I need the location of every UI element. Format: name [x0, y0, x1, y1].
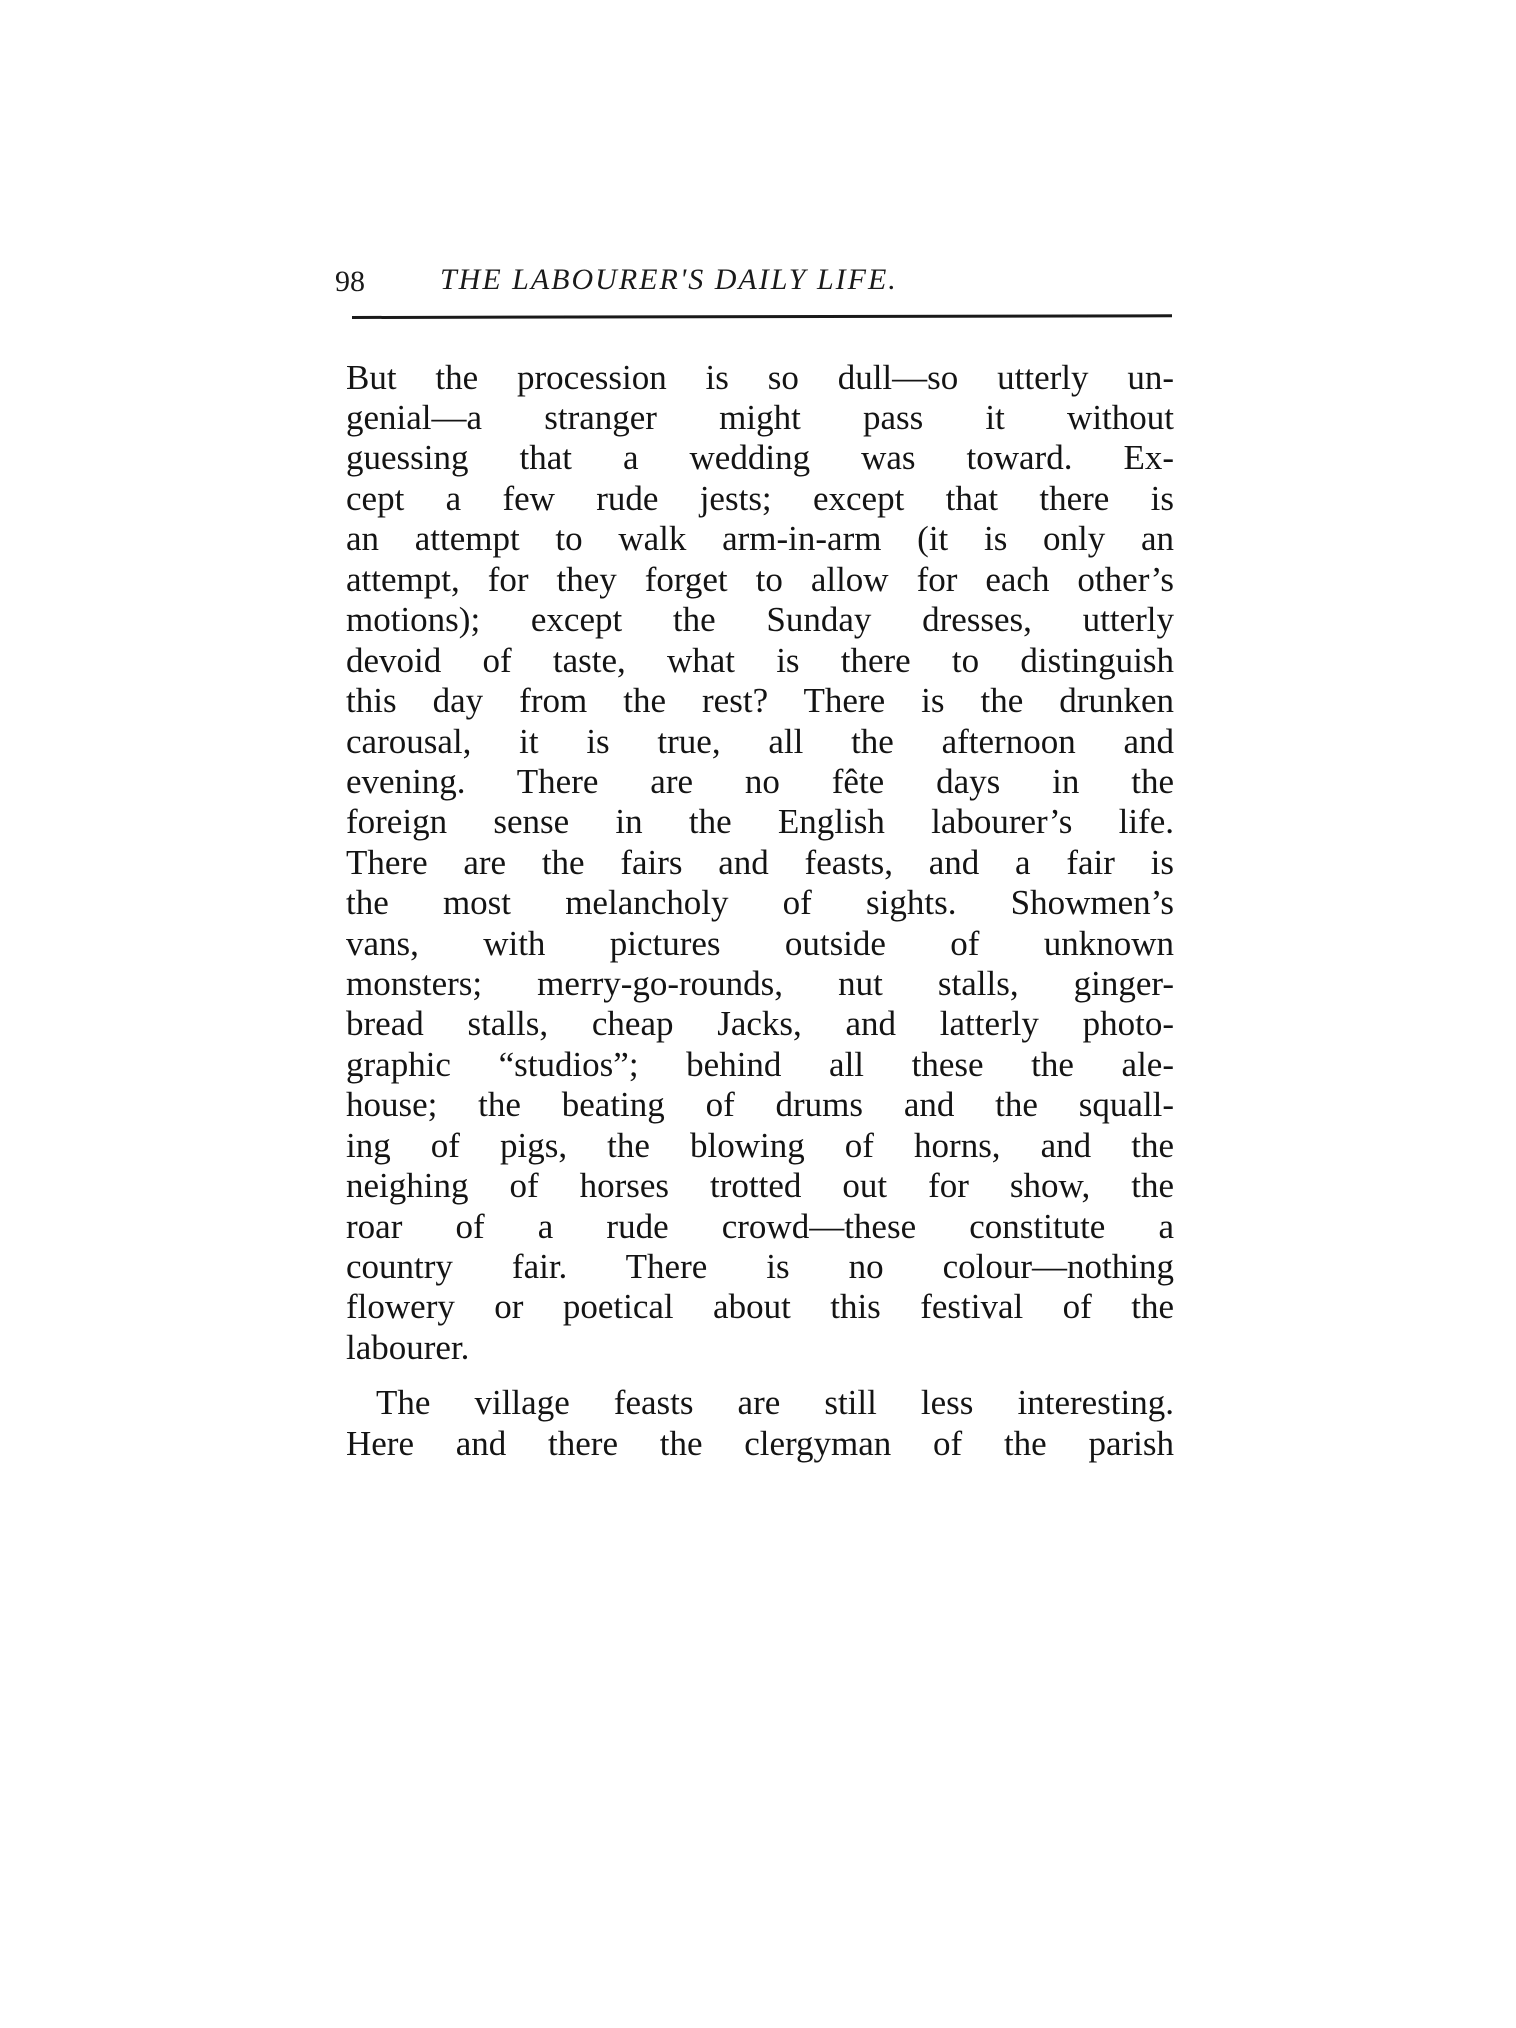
running-head: 98 THE LABOURER'S DAILY LIFE.	[335, 262, 1175, 302]
book-page: 98 THE LABOURER'S DAILY LIFE. But the pr…	[0, 0, 1516, 2028]
page-number: 98	[335, 262, 365, 302]
running-title: THE LABOURER'S DAILY LIFE.	[440, 260, 898, 300]
header-rule-divider	[352, 314, 1172, 319]
text-line: Here and there the clergyman of the pari…	[346, 1418, 1174, 1470]
text-line: labourer.	[346, 1322, 1174, 1374]
